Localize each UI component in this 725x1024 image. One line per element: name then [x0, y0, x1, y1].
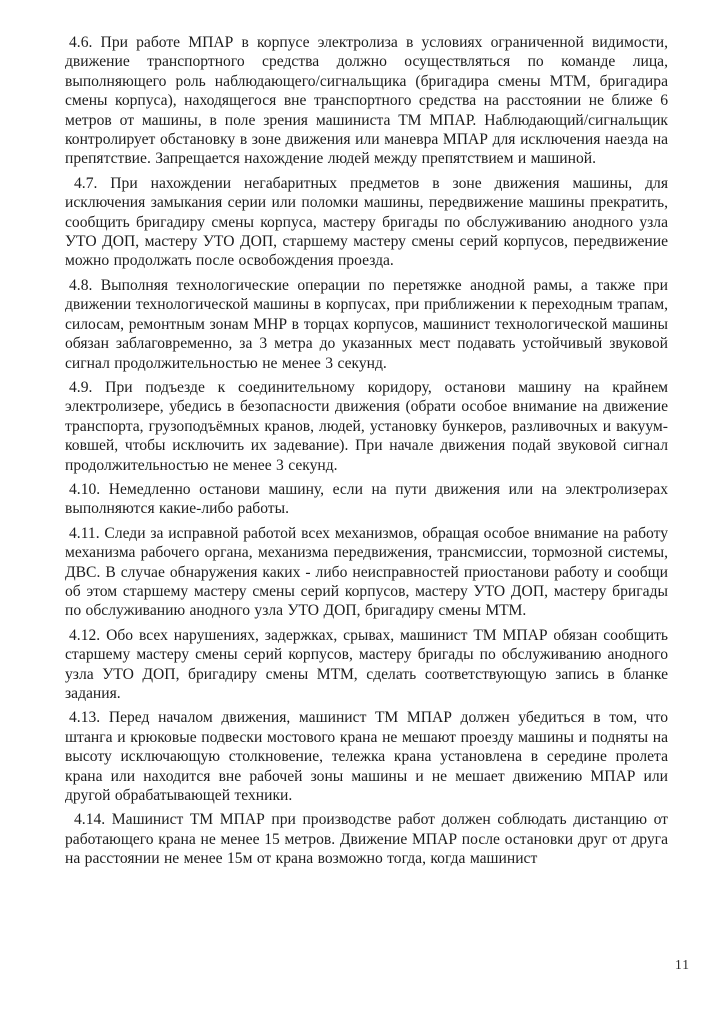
page-number: 11	[675, 957, 690, 973]
paragraph-4-10: 4.10. Немедленно останови машину, если н…	[65, 480, 668, 519]
paragraph-4-9: 4.9. При подъезде к соединительному кори…	[65, 378, 668, 475]
page-content: 4.6. При работе МПАР в корпусе электроли…	[65, 33, 668, 869]
paragraph-4-12: 4.12. Обо всех нарушениях, задержках, ср…	[65, 626, 668, 704]
paragraph-4-7: 4.7. При нахождении негабаритных предмет…	[65, 174, 668, 271]
paragraph-4-11: 4.11. Следи за исправной работой всех ме…	[65, 524, 668, 621]
paragraph-4-13: 4.13. Перед началом движения, машинист Т…	[65, 708, 668, 805]
paragraph-4-6: 4.6. При работе МПАР в корпусе электроли…	[65, 33, 668, 169]
paragraph-4-8: 4.8. Выполняя технологические операции п…	[65, 276, 668, 373]
paragraph-4-14: 4.14. Машинист ТМ МПАР при производстве …	[65, 810, 668, 868]
document-page: 4.6. При работе МПАР в корпусе электроли…	[0, 0, 725, 1024]
